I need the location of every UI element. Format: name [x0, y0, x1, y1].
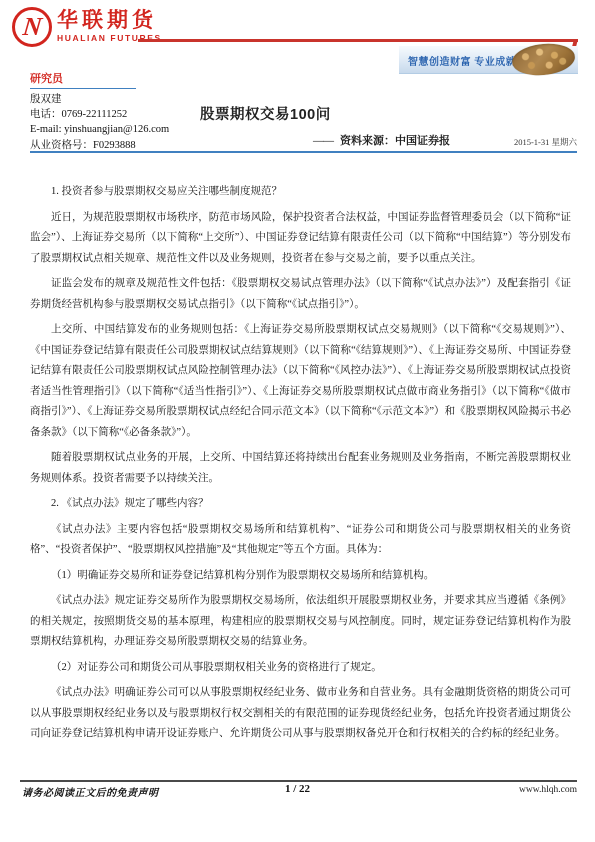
researcher-block: 研究员 殷双建 电话：0769-22111252 E-mail: yinshua… [30, 70, 190, 153]
question-item: 1. 投资者参与股票期权交易应关注哪些制度规范？ [30, 182, 571, 203]
source-label: 资料来源：中国证券报 [340, 135, 450, 147]
source-dash: —— [313, 135, 333, 147]
subitem-paragraph: （2）对证券公司和期货公司从事股票期权相关业务的资格进行了规定。 [30, 658, 571, 679]
page-title: 股票期权交易100问 [200, 103, 331, 124]
body-paragraph: 随着股票期权试点业务的开展，上交所、中国结算还将持续出台配套业务规则及业务指南，… [30, 448, 571, 489]
body-paragraph: 《试点办法》规定证券交易所作为股票期权交易场所，依法组织开展股票期权业务，并要求… [30, 591, 571, 653]
researcher-email: E-mail: yinshuangjian@126.com [30, 122, 190, 137]
page-number: 1 / 22 [0, 783, 595, 795]
document-body: 1. 投资者参与股票期权交易应关注哪些制度规范？ 近日，为规范股票期权市场秩序，… [30, 177, 571, 750]
body-paragraph: 证监会发布的规章及规范性文件包括：《股票期权交易试点管理办法》（以下简称“《试点… [30, 274, 571, 315]
researcher-name: 殷双建 [30, 92, 190, 107]
brand-name-cn: 华联期货 [57, 10, 162, 32]
subitem-paragraph: （1）明确证券交易所和证券登记结算机构分别作为股票期权交易场所和结算机构。 [30, 566, 571, 587]
body-paragraph: 上交所、中国结算发布的业务规则包括：《上海证券交易所股票期权试点交易规则》（以下… [30, 320, 571, 443]
report-page: N 华联期货 HUALIAN FUTURES 智慧创造财富 专业成就价值 研究员… [0, 0, 595, 842]
footer-website: www.hlqh.com [519, 785, 577, 795]
logo-letter: N [21, 14, 43, 40]
footer-rule [20, 780, 577, 782]
header-red-rule [138, 39, 578, 42]
body-paragraph: 近日，为规范股票期权市场秩序，防范市场风险，保护投资者合法权益，中国证券监督管理… [30, 208, 571, 270]
body-paragraph: 《试点办法》主要内容包括“股票期权交易场所和结算机构”、“证券公司和期货公司与股… [30, 520, 571, 561]
report-date: 2015-1-31 星期六 [514, 136, 577, 148]
header-blue-rule [30, 151, 577, 153]
researcher-section-label: 研究员 [30, 70, 63, 86]
researcher-phone: 电话：0769-22111252 [30, 107, 190, 122]
hualian-logo-icon: N [12, 7, 52, 47]
question-item: 2. 《试点办法》规定了哪些内容？ [30, 494, 571, 515]
source-line: ——资料来源：中国证券报 [313, 132, 450, 148]
body-paragraph: 《试点办法》明确证券公司可以从事股票期权经纪业务、做市业务和自营业务。具有金融期… [30, 683, 571, 745]
researcher-underline [30, 88, 136, 89]
